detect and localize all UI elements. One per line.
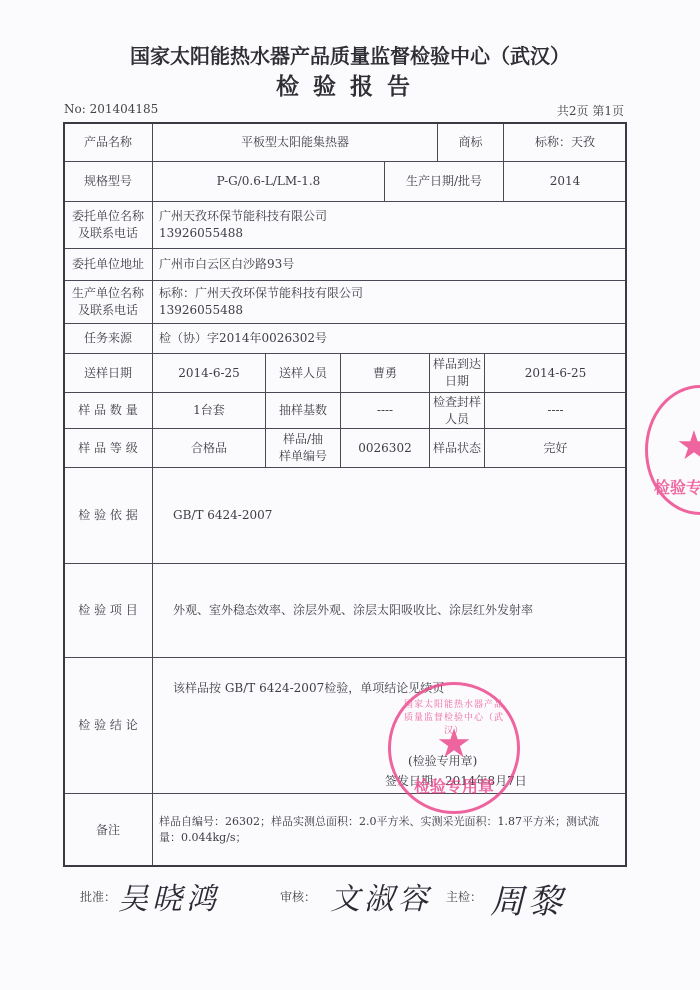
approve-signature: 吴晓鸿 <box>118 874 220 918</box>
manufacturer-label: 生产单位名称 及联系电话 <box>63 280 153 324</box>
sample-state-label: 样品状态 <box>429 428 485 468</box>
review-signature: 文淑容 <box>330 874 432 918</box>
items-label: 检 验 项 目 <box>63 563 153 658</box>
inspector-label: 主检： <box>446 888 482 905</box>
task-source-value: 检（协）字2014年0026302号 <box>152 323 627 354</box>
manufacturer-value: 标称：广州天孜环保节能科技有限公司 13926055488 <box>152 280 627 324</box>
seam-stamp-partial: ★ 检验专用章 <box>645 385 700 515</box>
arrival-date-value: 2014-6-25 <box>484 353 627 393</box>
sampling-base-value: ---- <box>340 392 430 429</box>
remarks-value: 样品自编号：26302；样品实测总面积：2.0平方米、实测采光面积：1.87平方… <box>152 793 627 867</box>
approve-label: 批准： <box>80 888 116 905</box>
production-date-label: 生产日期/批号 <box>384 161 504 202</box>
inspector-signature: 周黎 <box>490 874 566 923</box>
grade-value: 合格品 <box>152 428 266 468</box>
seam-stamp-text: 检验专用章 <box>648 475 700 498</box>
sender-label: 送样人员 <box>265 353 341 393</box>
page-indicator: 共2页 第1页 <box>557 102 624 119</box>
stamp-bottom-text: 检验专用章 <box>391 774 517 797</box>
send-date-label: 送样日期 <box>63 353 153 393</box>
basis-label: 检 验 依 据 <box>63 467 153 564</box>
inspection-seal-stamp: 国家太阳能热水器产品质量监督检验中心（武汉） ★ 检验专用章 <box>388 682 520 814</box>
production-date-value: 2014 <box>503 161 627 202</box>
report-number: No: 201404185 <box>64 102 158 116</box>
star-icon: ★ <box>676 426 700 466</box>
sampling-base-label: 抽样基数 <box>265 392 341 429</box>
client-address-label: 委托单位地址 <box>63 248 153 281</box>
conclusion-label: 检 验 结 论 <box>63 657 153 794</box>
items-value: 外观、室外稳态效率、涂层外观、涂层太阳吸收比、涂层红外发射率 <box>152 563 627 658</box>
document-title: 检验报告 <box>0 68 700 101</box>
product-name-value: 平板型太阳能集热器 <box>152 122 438 162</box>
trademark-value: 标称：天孜 <box>503 122 627 162</box>
org-title: 国家太阳能热水器产品质量监督检验中心（武汉） <box>0 40 700 69</box>
sample-number-value: 0026302 <box>340 428 430 468</box>
quantity-label: 样 品 数 量 <box>63 392 153 429</box>
quantity-value: 1台套 <box>152 392 266 429</box>
model-label: 规格型号 <box>63 161 153 202</box>
task-source-label: 任务来源 <box>63 323 153 354</box>
model-value: P-G/0.6-L/LM-1.8 <box>152 161 385 202</box>
sender-value: 曹勇 <box>340 353 430 393</box>
basis-value: GB/T 6424-2007 <box>152 467 627 564</box>
sample-number-label: 样品/抽 样单编号 <box>265 428 341 468</box>
remarks-label: 备注 <box>63 793 153 867</box>
seal-checker-value: ---- <box>484 392 627 429</box>
grade-label: 样 品 等 级 <box>63 428 153 468</box>
sample-state-value: 完好 <box>484 428 627 468</box>
seal-checker-label: 检查封样 人员 <box>429 392 485 429</box>
client-label: 委托单位名称 及联系电话 <box>63 201 153 249</box>
arrival-date-label: 样品到达 日期 <box>429 353 485 393</box>
review-label: 审核： <box>280 888 316 905</box>
client-value: 广州天孜环保节能科技有限公司 13926055488 <box>152 201 627 249</box>
trademark-label: 商标 <box>437 122 504 162</box>
product-name-label: 产品名称 <box>63 122 153 162</box>
send-date-value: 2014-6-25 <box>152 353 266 393</box>
client-address-value: 广州市白云区白沙路93号 <box>152 248 627 281</box>
star-icon: ★ <box>436 724 472 764</box>
